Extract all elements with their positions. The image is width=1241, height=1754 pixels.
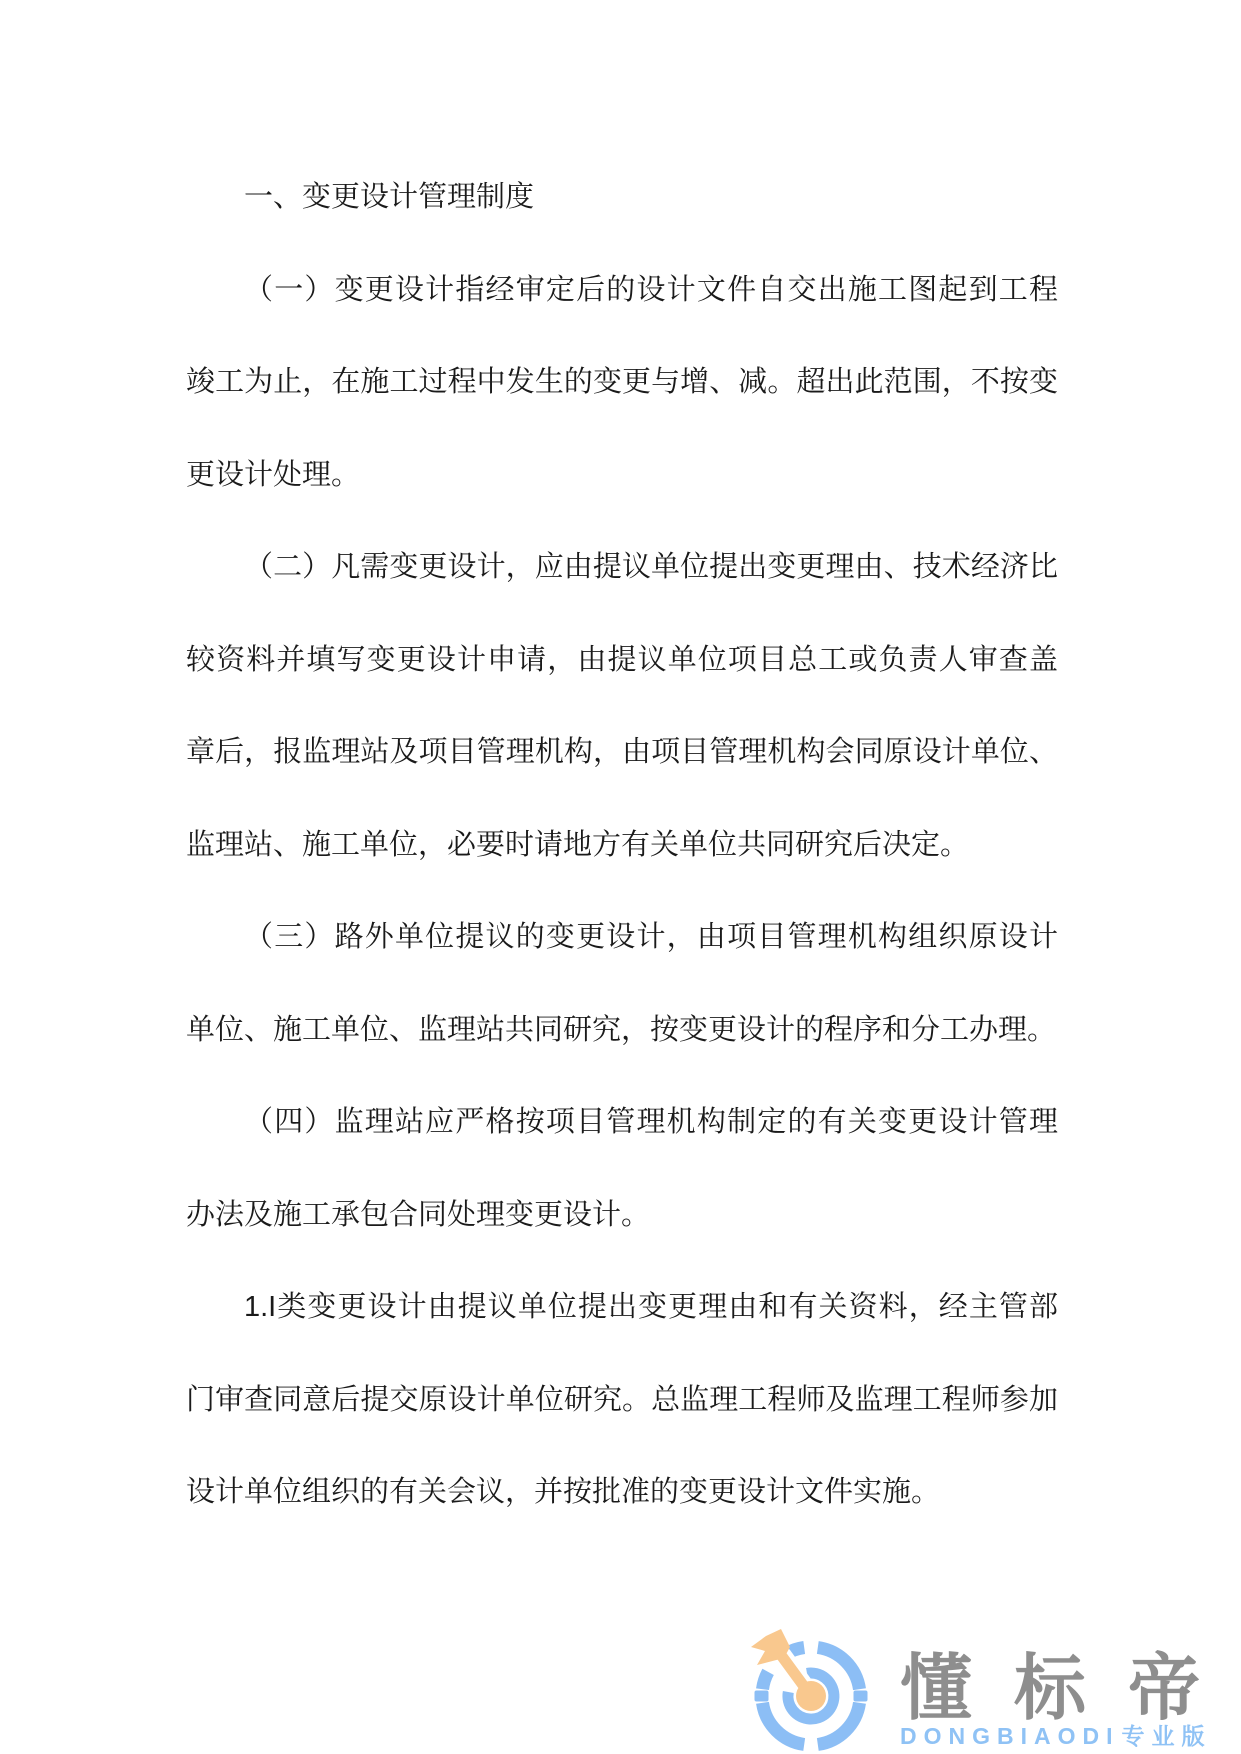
paragraph: （一）变更设计指经审定后的设计文件自交出施工图起到工程竣工为止，在施工过程中发生… [186, 244, 1058, 522]
document-body: 一、变更设计管理制度（一）变更设计指经审定后的设计文件自交出施工图起到工程竣工为… [186, 151, 1058, 1539]
text-line: 更设计处理。 [186, 429, 1058, 522]
text-line: 一、变更设计管理制度 [186, 151, 1058, 244]
paragraph: 1.I类变更设计由提议单位提出变更理由和有关资料，经主管部门审查同意后提交原设计… [186, 1261, 1058, 1539]
target-dart-icon [748, 1628, 874, 1754]
text-line: 办法及施工承包合同处理变更设计。 [186, 1169, 1058, 1262]
text-line: 设计单位组织的有关会议，并按批准的变更设计文件实施。 [186, 1446, 1058, 1539]
watermark-logo: 懂标帝 DONGBIAODI专业版 [748, 1628, 1228, 1754]
paragraph: 一、变更设计管理制度 [186, 151, 1058, 244]
paragraph: （二）凡需变更设计，应由提议单位提出变更理由、技术经济比较资料并填写变更设计申请… [186, 521, 1058, 891]
text-line: 竣工为止，在施工过程中发生的变更与增、减。超出此范围，不按变 [186, 336, 1058, 429]
brand-subtitle: DONGBIAODI专业版 [900, 1725, 1212, 1748]
text-line: 门审查同意后提交原设计单位研究。总监理工程师及监理工程师参加 [186, 1354, 1058, 1447]
brand-name-cn: 懂标帝 [900, 1653, 1241, 1725]
paragraph: （三）路外单位提议的变更设计，由项目管理机构组织原设计单位、施工单位、监理站共同… [186, 891, 1058, 1076]
text-line: 章后，报监理站及项目管理机构，由项目管理机构会同原设计单位、 [186, 706, 1058, 799]
text-line: 监理站、施工单位，必要时请地方有关单位共同研究后决定。 [186, 799, 1058, 892]
text-line: （四）监理站应严格按项目管理机构制定的有关变更设计管理 [186, 1076, 1058, 1169]
text-line: （三）路外单位提议的变更设计，由项目管理机构组织原设计 [186, 891, 1058, 984]
text-line: （一）变更设计指经审定后的设计文件自交出施工图起到工程 [186, 244, 1058, 337]
text-line: 较资料并填写变更设计申请，由提议单位项目总工或负责人审查盖 [186, 614, 1058, 707]
brand-name-en: DONGBIAODI [900, 1723, 1120, 1749]
paragraphs: 一、变更设计管理制度（一）变更设计指经审定后的设计文件自交出施工图起到工程竣工为… [186, 151, 1058, 1539]
document-page: 一、变更设计管理制度（一）变更设计指经审定后的设计文件自交出施工图起到工程竣工为… [0, 0, 1241, 1754]
text-line: 1.I类变更设计由提议单位提出变更理由和有关资料，经主管部 [186, 1261, 1058, 1354]
text-line: 单位、施工单位、监理站共同研究，按变更设计的程序和分工办理。 [186, 984, 1058, 1077]
paragraph: （四）监理站应严格按项目管理机构制定的有关变更设计管理办法及施工承包合同处理变更… [186, 1076, 1058, 1261]
edition-label: 专业版 [1122, 1723, 1212, 1749]
text-line: （二）凡需变更设计，应由提议单位提出变更理由、技术经济比 [186, 521, 1058, 614]
